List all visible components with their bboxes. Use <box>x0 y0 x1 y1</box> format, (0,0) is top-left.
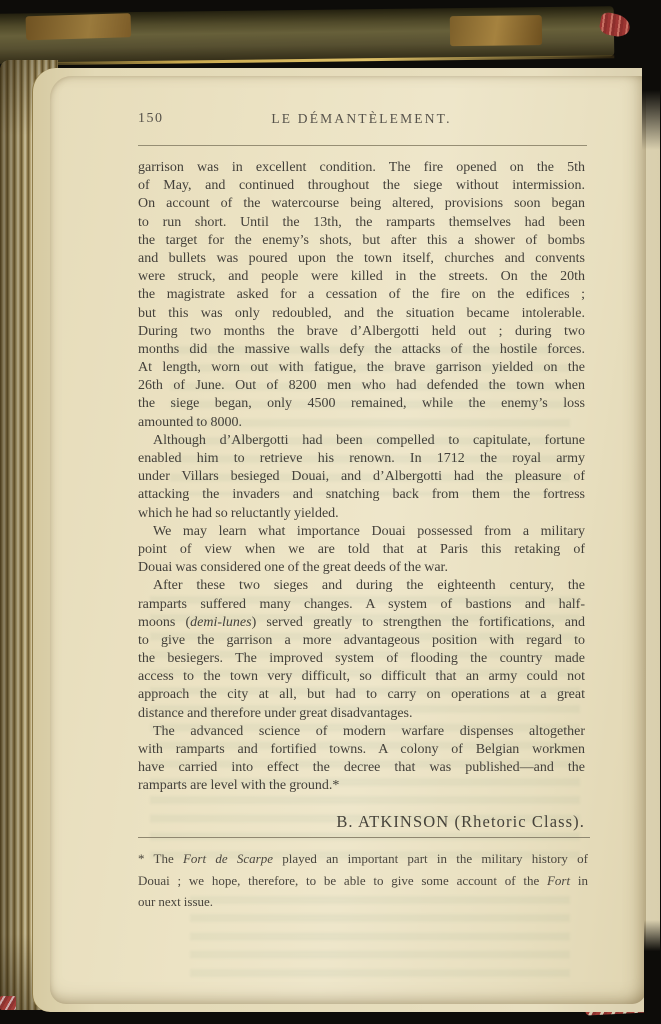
running-title: LE DÉMANTÈLEMENT. <box>138 111 585 127</box>
paragraph: After these two sieges and during the ei… <box>138 577 585 723</box>
text-line: the magistrate asked for a cessation of … <box>138 286 585 304</box>
text-line: ramparts are level with the ground.* <box>138 777 585 795</box>
gilt-edge-top <box>0 55 614 66</box>
paragraph: We may learn what importance Douai posse… <box>138 523 585 578</box>
text-line: to give the garrison a more advantageous… <box>138 632 585 650</box>
text-line: the siege began, only 4500 remained, whi… <box>138 395 585 413</box>
leather-patch-left <box>26 13 132 40</box>
text-line: point of view when we are told that at P… <box>138 541 585 559</box>
book-photo: 150 LE DÉMANTÈLEMENT. garrison was in ex… <box>0 0 661 1024</box>
text-line: Douai ; we hope, therefore, to be able t… <box>138 870 588 892</box>
paragraph: Although d’Albergotti had been compelled… <box>138 432 585 523</box>
text-line: but this was only redoubled, and the sit… <box>138 305 585 323</box>
text-line: Douai was considered one of the great de… <box>138 559 585 577</box>
text-line: the target for the enemy’s shots, but af… <box>138 232 585 250</box>
text-line: to run short. Until the 13th, the rampar… <box>138 214 585 232</box>
text-line: approach the city at all, but had to car… <box>138 686 585 704</box>
marbled-edge-left <box>0 996 16 1010</box>
text-line: During two months the brave d’Albergotti… <box>138 323 585 341</box>
book-binding-top <box>0 6 614 64</box>
book-page: 150 LE DÉMANTÈLEMENT. garrison was in ex… <box>50 76 646 1004</box>
text-line: and bullets was poured upon the town its… <box>138 250 585 268</box>
text-line: 26th of June. Out of 8200 men who had de… <box>138 377 585 395</box>
text-line: months did the massive walls defy the at… <box>138 341 585 359</box>
text-line: garrison was in excellent condition. The… <box>138 159 585 177</box>
text-line: of May, and continued throughout the sie… <box>138 177 585 195</box>
signature: B. ATKINSON (Rhetoric Class). <box>138 812 585 832</box>
text-line: under Villars besieged Douai, and d’Albe… <box>138 468 585 486</box>
text-line: distance and therefore under great disad… <box>138 705 585 723</box>
footnote-rule <box>138 837 590 838</box>
text-line: On account of the watercourse being alte… <box>138 195 585 213</box>
text-line: with ramparts and fortified towns. A col… <box>138 741 585 759</box>
text-line: At length, worn out with fatigue, the br… <box>138 359 585 377</box>
page-header: 150 LE DÉMANTÈLEMENT. <box>138 111 585 129</box>
text-line: ramparts suffered many changes. A system… <box>138 596 585 614</box>
text-line: After these two sieges and during the ei… <box>138 577 585 595</box>
text-line: the besiegers. The improved system of fl… <box>138 650 585 668</box>
text-line: enabled him to retrieve his renown. In 1… <box>138 450 585 468</box>
text-line: which he had so reluctantly yielded. <box>138 505 585 523</box>
text-line: our next issue. <box>138 891 588 913</box>
spine-gap-bottom <box>644 920 661 1024</box>
text-line: The advanced science of modern warfare d… <box>138 723 585 741</box>
paragraph: The advanced science of modern warfare d… <box>138 723 585 796</box>
text-line: Although d’Albergotti had been compelled… <box>138 432 585 450</box>
text-line: amounted to 8000. <box>138 414 585 432</box>
text-line: We may learn what importance Douai posse… <box>138 523 585 541</box>
leather-patch-right <box>450 15 542 46</box>
body-text: garrison was in excellent condition. The… <box>138 159 585 796</box>
text-line: have carried into effect the decree that… <box>138 759 585 777</box>
text-line: access to the town very difficult, so di… <box>138 668 585 686</box>
header-rule <box>138 145 587 146</box>
spine-gap-top <box>642 0 661 150</box>
footnote: * The Fort de Scarpe played an important… <box>138 848 588 913</box>
text-line: were struck, and people were killed in t… <box>138 268 585 286</box>
text-line: moons (demi-lunes) served greatly to str… <box>138 614 585 632</box>
text-line: * The Fort de Scarpe played an important… <box>138 848 588 870</box>
text-line: attacking the invaders and snatching bac… <box>138 486 585 504</box>
paragraph: garrison was in excellent condition. The… <box>138 159 585 432</box>
